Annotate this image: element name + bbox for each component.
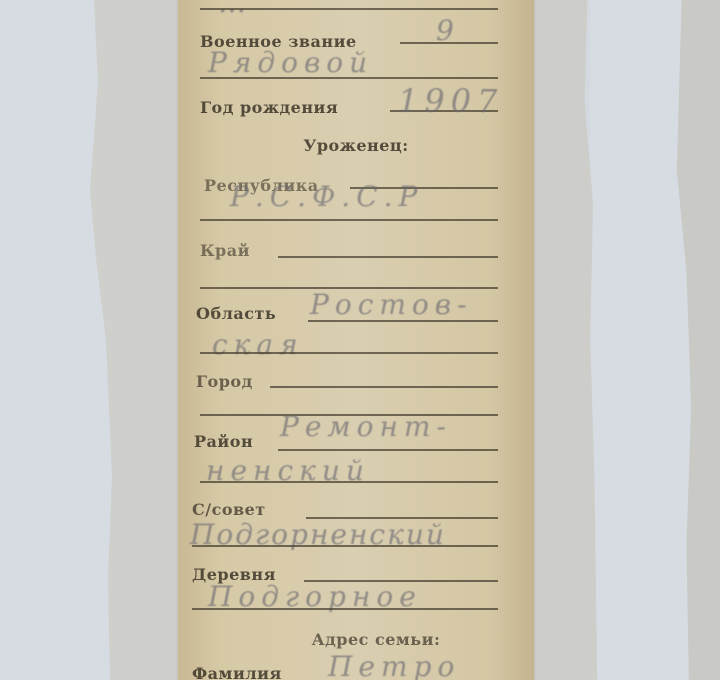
ruled-line — [270, 386, 498, 388]
hand-rank: Рядовой — [208, 46, 373, 79]
ruled-line — [278, 449, 498, 451]
hand-oblast-1: Ростов- — [310, 288, 473, 321]
label-district: Район — [194, 432, 253, 451]
ruled-line — [278, 256, 498, 258]
hand-birth-year: 1907 — [398, 82, 503, 120]
hand-oblast-2: ская — [212, 328, 304, 361]
hand-rank-mark: 9 — [436, 14, 460, 47]
header-origin: Уроженец: — [178, 136, 534, 155]
ruled-line — [200, 77, 498, 79]
label-selsovet: С/совет — [192, 500, 266, 519]
ruled-line — [192, 545, 498, 547]
label-city: Город — [196, 372, 253, 391]
document-strip: … Военное звание 9 Рядовой Год рождения … — [178, 0, 534, 680]
ruled-line — [200, 481, 498, 483]
ruled-line — [200, 8, 498, 10]
hand-surname: Петро — [328, 650, 460, 680]
ruled-line — [200, 352, 498, 354]
ruled-line — [200, 219, 498, 221]
hand-republic: Р.С.Ф.С.Р — [230, 180, 423, 213]
label-surname: Фамилия — [192, 664, 282, 680]
hand-district-1: Ремонт- — [280, 410, 452, 443]
ruled-line — [192, 608, 498, 610]
label-birth-year: Год рождения — [200, 98, 338, 117]
header-family-address: Адрес семьи: — [198, 630, 554, 649]
label-krai: Край — [200, 241, 250, 260]
label-oblast: Область — [196, 304, 276, 323]
background-sheet-right — [590, 0, 690, 680]
